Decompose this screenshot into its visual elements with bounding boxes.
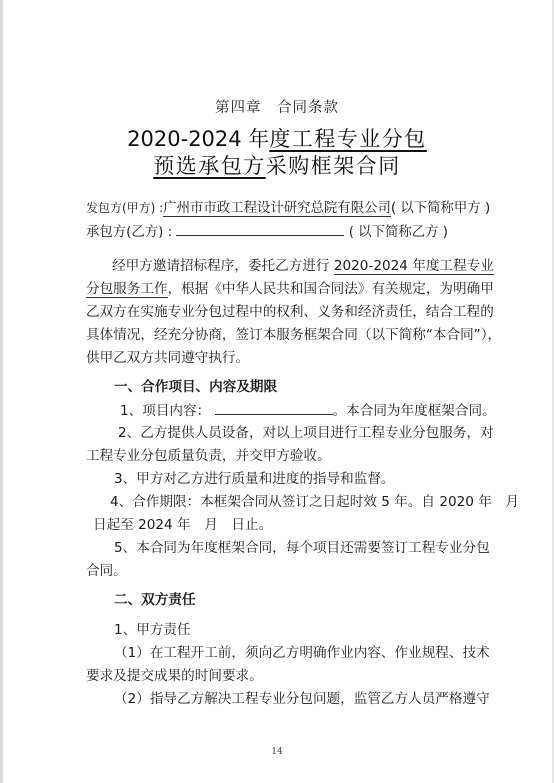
section-1-item-2-line-1: 2、乙方提供人员设备，对以上项目进行工程专业分包服务，对 (118, 423, 494, 443)
section-2-sub-1: 1、甲方责任 (114, 620, 191, 640)
party-b-suffix: ( 以下简称乙方 ) (349, 225, 448, 240)
preamble-underlined-year: 2020-2024 年度工程专业 (334, 258, 494, 275)
party-b-name-blank (176, 221, 344, 236)
section-2-para-1-line-2: 要求及提交成果的时间要求。 (86, 666, 263, 686)
preamble-text: ，根据《中华人民共和国合同法》有关规定，为明确甲 (168, 281, 494, 297)
section-2-para-2-line-1: （2）指导乙方解决工程专业分包问题，监管乙方人员严格遵守 (114, 689, 490, 709)
section-1-heading: 一、合作项目、内容及期限 (114, 377, 277, 397)
party-a-suffix: ( 以下简称甲方 ) (391, 201, 490, 216)
preamble-line-5: 供甲乙双方共同遵守执行。 (86, 348, 249, 368)
preamble-line-4: 具体情况，经充分协商，签订本服务框架合同（以下简称“本合同”）， (86, 325, 501, 345)
preamble-underlined-service: 分包服务工作 (86, 281, 168, 298)
party-a-name: 广州市市政工程设计研究总院有限公司 (163, 201, 391, 217)
section-2-para-1-line-1: （1）在工程开工前，须向乙方明确作业内容、作业规程、技术 (114, 643, 490, 663)
page-number: 14 (0, 747, 554, 757)
title-underlined-part-1: 度工程专业分包 (269, 127, 427, 151)
contract-title-line-1: 2020-2024 年度工程专业分包 (0, 123, 554, 153)
title-underlined-part-2: 预选承包方 (153, 154, 266, 178)
item-1-suffix: 。本合同为年度框架合同。 (333, 403, 496, 419)
title-suffix: 采购框架合同 (266, 154, 401, 178)
party-b-label: 承包方(乙方) : (86, 225, 172, 240)
section-1-item-3: 3、甲方对乙方进行质量和进度的指导和监督。 (114, 469, 395, 489)
chapter-heading: 第四章 合同条款 (0, 96, 554, 117)
section-1-item-2-line-2: 工程专业分包质量负责，并交甲方验收。 (86, 446, 331, 466)
document-page: 第四章 合同条款 2020-2024 年度工程专业分包 预选承包方采购框架合同 … (0, 0, 554, 783)
item-1-content-blank (215, 400, 333, 415)
section-1-item-5-line-2: 合同。 (86, 561, 127, 581)
preamble-line-2: 分包服务工作，根据《中华人民共和国合同法》有关规定，为明确甲 (86, 279, 494, 299)
section-2-heading: 二、双方责任 (114, 590, 196, 610)
party-a-label: 发包方(甲方) : (86, 201, 163, 215)
item-1-label: 1、项目内容： (120, 403, 210, 419)
section-1-item-4-line-2: 日起至 2024 年 月 日止。 (93, 515, 272, 535)
preamble-text: 经甲方邀请招标程序，委托乙方进行 (112, 258, 334, 274)
contract-title-line-2: 预选承包方采购框架合同 (0, 150, 554, 180)
page-left-edge (0, 0, 3, 783)
party-b-line: 承包方(乙方) : ( 以下简称乙方 ) (86, 221, 448, 243)
party-a-line: 发包方(甲方) :广州市市政工程设计研究总院有限公司( 以下简称甲方 ) (86, 198, 490, 219)
title-year-range: 2020-2024 年 (127, 127, 269, 151)
section-1-item-4-line-1: 4、合作期限：本框架合同从签订之日起时效 5 年。自 2020 年 月 (110, 492, 519, 512)
section-1-item-5-line-1: 5、本合同为年度框架合同，每个项目还需要签订工程专业分包 (114, 538, 490, 558)
preamble-line-1: 经甲方邀请招标程序，委托乙方进行 2020-2024 年度工程专业 (112, 256, 494, 276)
section-1-item-1: 1、项目内容： 。本合同为年度框架合同。 (120, 400, 496, 421)
preamble-line-3: 乙双方在实施专业分包过程中的权利、义务和经济责任，结合工程的 (86, 302, 494, 322)
